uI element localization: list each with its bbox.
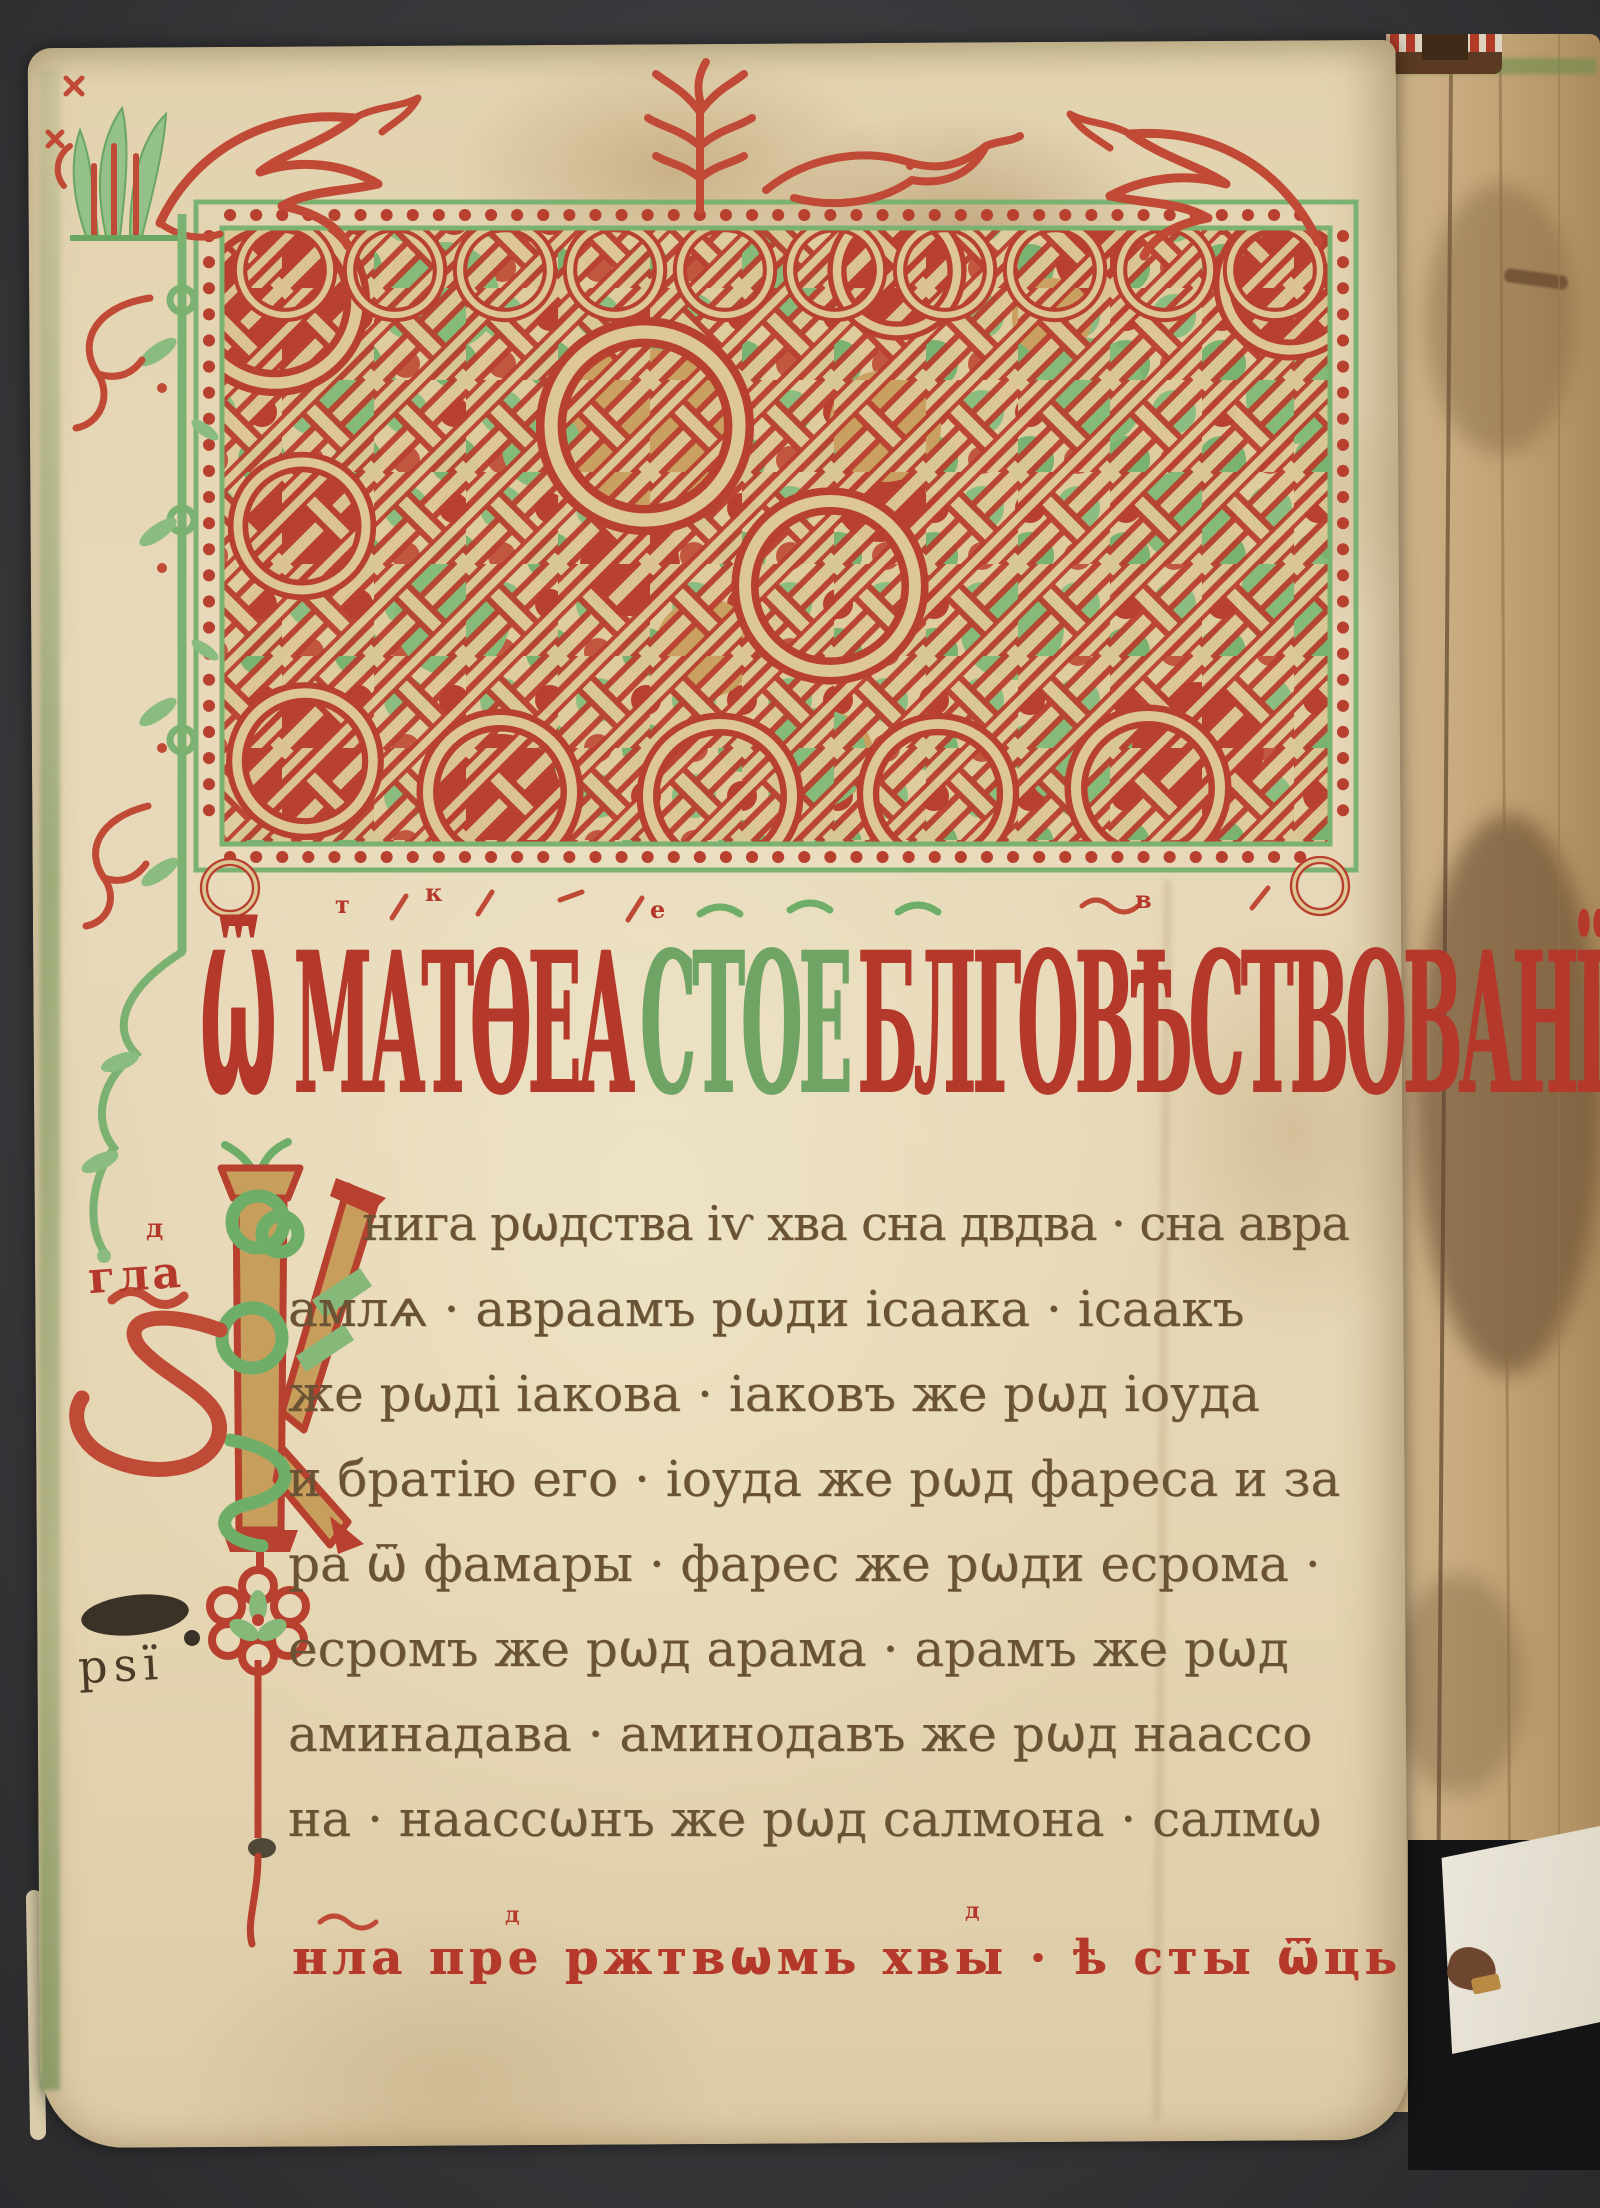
initial-letter-value: К [0, 0, 1, 1]
manuscript-photo: Ѿ МАТѲЕАСТОЕБЛГОВѢСТВОВАНЇЕ т к е в К ни… [0, 0, 1600, 2208]
margin-chapter-superscript: д [146, 1214, 163, 1244]
next-folio-corner [1424, 1826, 1600, 2054]
edge-green-stain [40, 70, 60, 2090]
rubric-superscript: д [505, 1902, 520, 1928]
text-line: нига рѡдства іѵ хва сна двдва · сна авра [288, 1182, 1349, 1267]
title-superscript: т [335, 890, 350, 919]
text-line: ра ѿ фамары · фарес же рѡди есрома · [288, 1522, 1349, 1607]
fore-edge-stain [1394, 1574, 1524, 1794]
title-superscript: к [425, 878, 442, 907]
title-segment-red-right: БЛГОВѢСТВОВАНЇЕ [858, 912, 1600, 1140]
liturgical-rubric: нла пре ржтвѡмь хвы · ѣ сты ѿць [292, 1930, 1402, 1986]
gospel-text-block: нига рѡдства іѵ хва сна двдва · сна авра… [288, 1182, 1349, 1862]
text-line: амлѧ · авраамъ рѡди ісаака · ісаакъ [288, 1267, 1349, 1352]
title-superscript: в [1135, 885, 1152, 914]
title-segment-red-left: Ѿ МАТѲЕА [200, 912, 631, 1140]
title-superscript: е [650, 895, 665, 924]
text-line: и братію его · іоуда же рѡд фареса и за [288, 1437, 1349, 1522]
margin-section-number: рѕї [77, 1636, 165, 1694]
endband [1390, 34, 1502, 74]
rubric-superscript: д [965, 1898, 980, 1924]
margin-chapter-label: гла [86, 1247, 185, 1305]
text-line: есромъ же рѡд арама · арамъ же рѡд [288, 1607, 1349, 1692]
title-segment-green: СТОЕ [640, 912, 848, 1140]
endband-core [1422, 34, 1468, 60]
text-line: аминадава · аминодавъ же рѡд наассо [288, 1692, 1349, 1777]
text-line: на · наассѡнъ же рѡд салмона · салмѡ [288, 1777, 1349, 1862]
gospel-title-vyaz: Ѿ МАТѲЕАСТОЕБЛГОВѢСТВОВАНЇЕ [200, 912, 1600, 1140]
text-line: же рѡді іакова · іаковъ же рѡд іоуда [288, 1352, 1349, 1437]
